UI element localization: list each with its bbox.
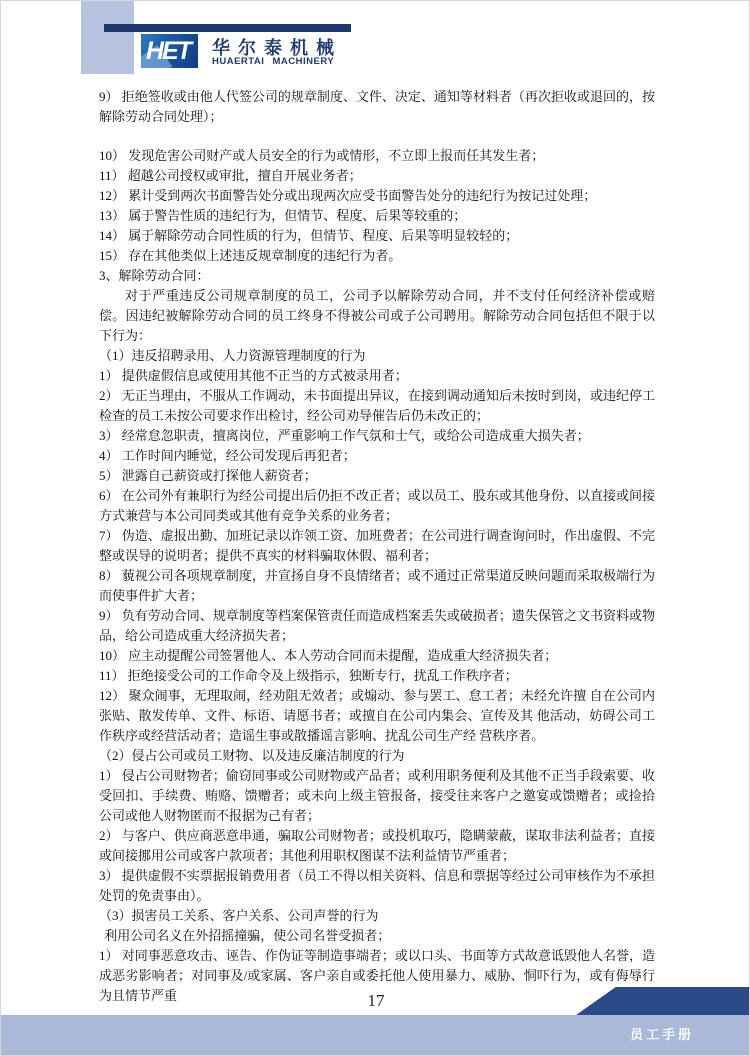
document-paragraph: 5） 泄露自己薪资或打探他人薪资者；: [99, 466, 655, 486]
document-paragraph: 9） 负有劳动合同、规章制度等档案保管责任而造成档案丢失或破损者；遗失保管之文书…: [99, 606, 655, 646]
document-page: HET 华尔泰机械 HUAERTAI MACHINERY 9） 拒绝签收或由他人…: [0, 0, 750, 1056]
header-lightblue-block: [81, 1, 134, 74]
document-paragraph: 3） 提供虚假不实票据报销费用者（员工不得以相关资料、信息和票据等经过公司审核作…: [99, 866, 655, 906]
logo-acronym-text: HET: [146, 39, 193, 64]
document-paragraph: 10） 应主动提醒公司签署他人、本人劳动合同而未提醒，造成重大经济损失者；: [99, 646, 655, 666]
document-paragraph: 13） 属于警告性质的违纪行为，但情节、程度、后果等较重的；: [99, 206, 655, 226]
company-name-english: HUAERTAI MACHINERY: [212, 56, 334, 67]
document-paragraph: 利用公司名义在外招摇撞骗，使公司名誉受损者；: [99, 926, 655, 946]
document-paragraph: 10） 发现危害公司财产或人员安全的行为或情形，不立即上报而任其发生者；: [99, 146, 655, 166]
document-paragraph: 6） 在公司外有兼职行为经公司提出后仍拒不改正者；或以员工、股东或其他身份、以直…: [99, 486, 655, 526]
document-paragraph: （2）侵占公司或员工财物、以及违反廉洁制度的行为: [99, 746, 655, 766]
document-body: 9） 拒绝签收或由他人代签公司的规章制度、文件、决定、通知等材料者（再次拒收或退…: [99, 87, 655, 1006]
document-paragraph: （1）违反招聘录用、人力资源管理制度的行为: [99, 346, 655, 366]
document-paragraph: 12） 累计受到两次书面警告处分或出现两次应受书面警告处分的违纪行为按记过处理；: [99, 186, 655, 206]
document-paragraph: 11） 超越公司授权或审批，擅自开展业务者；: [99, 166, 655, 186]
company-logo: HET: [141, 34, 198, 68]
header-navy-bar: [104, 24, 351, 32]
footer-handbook-label: 员工手册: [630, 1024, 694, 1043]
document-paragraph: （3）损害员工关系、客户关系、公司声誉的行为: [99, 906, 655, 926]
document-paragraph: 2） 与客户、供应商恶意串通，骗取公司财物者；或投机取巧，隐瞒蒙蔽，谋取非法利益…: [99, 826, 655, 866]
document-paragraph: 1） 提供虚假信息或使用其他不正当的方式被录用者；: [99, 366, 655, 386]
document-paragraph: 对于严重违反公司规章制度的员工，公司予以解除劳动合同，并不支付任何经济补偿或赔偿…: [99, 286, 655, 346]
document-paragraph: 7） 伪造、虚报出勤、加班记录以诈领工资、加班费者；在公司进行调查询问时，作出虚…: [99, 526, 655, 566]
document-paragraph: 9） 拒绝签收或由他人代签公司的规章制度、文件、决定、通知等材料者（再次拒收或退…: [99, 87, 655, 127]
document-paragraph: 1） 侵占公司财物者；偷窃同事或公司财物或产品者；或利用职务便利及其他不正当手段…: [99, 766, 655, 826]
document-paragraph: 3、解除劳动合同：: [99, 266, 655, 286]
document-paragraph: 12） 聚众闹事，无理取闹，经劝阻无效者；或煽动、参与罢工、怠工者；未经允许擅 …: [99, 686, 655, 746]
document-paragraph: 14） 属于解除劳动合同性质的行为，但情节、程度、后果等明显较轻的；: [99, 226, 655, 246]
document-paragraph: 4） 工作时间内睡觉，经公司发现后再犯者；: [99, 446, 655, 466]
document-paragraph: 3） 经常怠忽职责，擅离岗位，严重影响工作气氛和士气，或给公司造成重大损失者；: [99, 426, 655, 446]
document-paragraph: 8） 藐视公司各项规章制度，并宣扬自身不良情绪者；或不通过正常渠道反映问题而采取…: [99, 566, 655, 606]
document-paragraph: 11） 拒绝接受公司的工作命令及上级指示，独断专行，扰乱工作秩序者；: [99, 666, 655, 686]
document-paragraph: 15） 存在其他类似上述违反规章制度的违纪行为者。: [99, 246, 655, 266]
document-paragraph: 2） 无正当理由，不服从工作调动，未书面提出异议，在接到调动通知后未按时到岗，或…: [99, 386, 655, 426]
footer-band: 员工手册: [1, 1015, 750, 1055]
